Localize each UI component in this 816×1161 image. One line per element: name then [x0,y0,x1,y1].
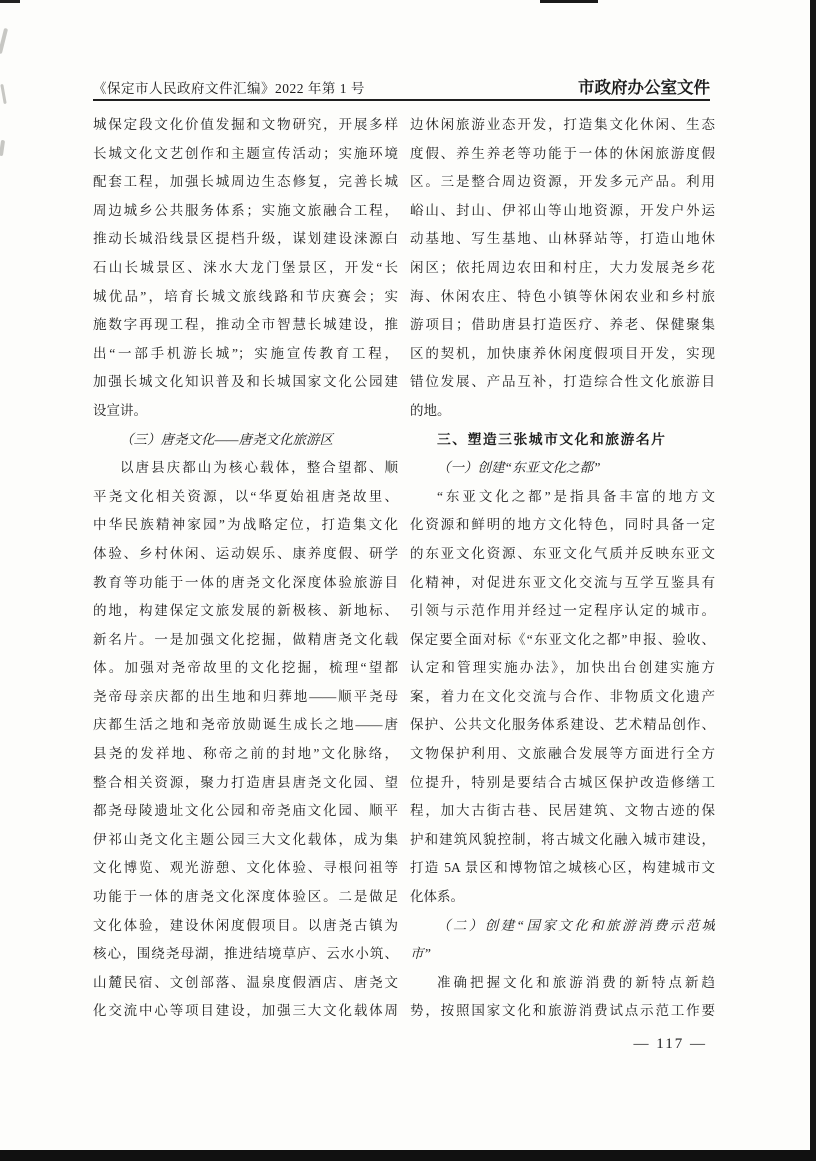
text-line: 城保定段文化价值发掘和文物研究，开展多样 [93,111,398,140]
text-line: 打造 5A 景区和博物馆之城核心区，构建城市文 [410,854,715,883]
text-line: 保护、公共文化服务体系建设、艺术精品创作、 [410,711,715,740]
text-line: 县尧的发祥地、称帝之前的封地”文化脉络， [93,740,398,769]
text-line: 伊祁山尧文化主题公园三大文化载体，成为集 [93,826,398,855]
text-line: 中华民族精神家园”为战略定位，打造集文化 [93,511,398,540]
document-page: 《保定市人民政府文件汇编》2022 年第 1 号 市政府办公室文件 城保定段文化… [0,0,816,1161]
text-line: 化资源和鲜明的地方文化特色，同时具备一定 [410,511,715,540]
text-line: 周边城乡公共服务体系；实施文旅融合工程， [93,197,398,226]
text-line: 闲区；依托周边农田和村庄，大力发展尧乡花 [410,254,715,283]
text-line: 化交流中心等项目建设，加强三大文化载体周 [93,997,398,1026]
text-line: 错位发展、产品互补，打造综合性文化旅游目 [410,368,715,397]
text-line: 区的契机，加快康养休闲度假项目开发，实现 [410,340,715,369]
scan-border-right [810,0,816,1161]
text-line: 体。加强对尧帝故里的文化挖掘，梳理“望都 [93,654,398,683]
page-number: — 117 — [410,1036,707,1053]
text-line: 庆都生活之地和尧帝放勋诞生成长之地——唐 [93,711,398,740]
text-line: （一）创建“东亚文化之都” [410,454,715,483]
text-line: 峪山、封山、伊祁山等山地资源，开发户外运 [410,197,715,226]
text-line: 文物保护利用、文旅融合发展等方面进行全方 [410,740,715,769]
text-line: 新名片。一是加强文化挖掘，做精唐尧文化载 [93,626,398,655]
scan-border-top-segment [540,0,598,3]
text-line: 的地，构建保定文旅发展的新极核、新地标、 [93,597,398,626]
text-line: 功能于一体的唐尧文化深度体验区。二是做足 [93,883,398,912]
text-line: 核心，围绕尧母湖，推进结境草庐、云水小筑、 [93,940,398,969]
text-line: 平尧文化相关资源，以“华夏始祖唐尧故里、 [93,483,398,512]
text-line: 海、休闲农庄、特色小镇等休闲农业和乡村旅 [410,283,715,312]
text-line: （二）创建“国家文化和旅游消费示范城 [410,912,715,941]
text-line: 护和建筑风貌控制，将古城文化融入城市建设， [410,826,715,855]
text-line: 游项目；借助唐县打造医疗、养老、保健聚集 [410,311,715,340]
header-rule [93,99,710,101]
header-office-label: 市政府办公室文件 [578,74,710,98]
text-line: 认定和管理实施办法》，加快出台创建实施方 [410,654,715,683]
text-line: 保定要全面对标《“东亚文化之都”申报、验收、 [410,626,715,655]
text-line: 配套工程，加强长城周边生态修复，完善长城 [93,168,398,197]
text-line: 化体系。 [410,883,715,912]
text-line: 三、塑造三张城市文化和旅游名片 [410,426,715,455]
header-compilation-title: 《保定市人民政府文件汇编》2022 年第 1 号 [93,77,493,97]
text-line: 化精神，对促进东亚文化交流与互学互鉴具有 [410,569,715,598]
scan-artifact [0,28,8,54]
scan-artifact [0,84,6,104]
text-line: 的地。 [410,397,715,426]
text-line: 推动长城沿线景区提档升级，谋划建设涞源白 [93,225,398,254]
text-line: 度假、养生养老等功能于一体的休闲旅游度假 [410,140,715,169]
text-line: 准确把握文化和旅游消费的新特点新趋 [410,969,715,998]
text-line: 引领与示范作用并经过一定程序认定的城市。 [410,597,715,626]
text-line: 出“一部手机游长城”；实施宣传教育工程， [93,340,398,369]
text-line: 尧帝母亲庆都的出生地和归葬地——顺平尧母 [93,683,398,712]
text-line: 山麓民宿、文创部落、温泉度假酒店、唐尧文 [93,969,398,998]
text-line: 边休闲旅游业态开发，打造集文化休闲、生态 [410,111,715,140]
text-line: 市” [410,940,715,969]
text-line: “东亚文化之都”是指具备丰富的地方文 [410,483,715,512]
text-line: 动基地、写生基地、山林驿站等，打造山地休 [410,225,715,254]
text-line: 文化体验，建设休闲度假项目。以唐尧古镇为 [93,912,398,941]
scan-border-top-left-mark [0,0,20,3]
text-line: 设宣讲。 [93,397,398,426]
text-columns: 城保定段文化价值发掘和文物研究，开展多样长城文化文艺创作和主题宣传活动；实施环境… [93,111,715,1026]
text-line: 教育等功能于一体的唐尧文化深度体验旅游目 [93,569,398,598]
text-line: 都尧母陵遗址文化公园和帝尧庙文化园、顺平 [93,797,398,826]
scan-border-bottom [0,1150,816,1161]
text-line: 的东亚文化资源、东亚文化气质并反映东亚文 [410,540,715,569]
text-line: 势，按照国家文化和旅游消费试点示范工作要 [410,997,715,1026]
text-line: 施数字再现工程，推动全市智慧长城建设，推 [93,311,398,340]
column-right: 边休闲旅游业态开发，打造集文化休闲、生态度假、养生养老等功能于一体的休闲旅游度假… [410,111,715,1026]
text-line: 案，着力在文化交流与合作、非物质文化遗产 [410,683,715,712]
text-line: 以唐县庆都山为核心载体，整合望都、顺 [93,454,398,483]
text-line: 整合相关资源，聚力打造唐县唐尧文化园、望 [93,769,398,798]
text-line: （三）唐尧文化——唐尧文化旅游区 [93,426,398,455]
text-line: 文化博览、观光游憩、文化体验、寻根问祖等 [93,854,398,883]
scan-artifact [0,140,5,156]
text-line: 位提升，特别是要结合古城区保护改造修缮工 [410,769,715,798]
column-left: 城保定段文化价值发掘和文物研究，开展多样长城文化文艺创作和主题宣传活动；实施环境… [93,111,398,1026]
text-line: 城优品”，培育长城文旅线路和节庆赛会；实 [93,283,398,312]
text-line: 程，加大古街古巷、民居建筑、文物古迹的保 [410,797,715,826]
text-line: 区。三是整合周边资源，开发多元产品。利用 [410,168,715,197]
text-line: 石山长城景区、涞水大龙门堡景区，开发“长 [93,254,398,283]
text-line: 长城文化文艺创作和主题宣传活动；实施环境 [93,140,398,169]
text-line: 体验、乡村休闲、运动娱乐、康养度假、研学 [93,540,398,569]
text-line: 加强长城文化知识普及和长城国家文化公园建 [93,368,398,397]
